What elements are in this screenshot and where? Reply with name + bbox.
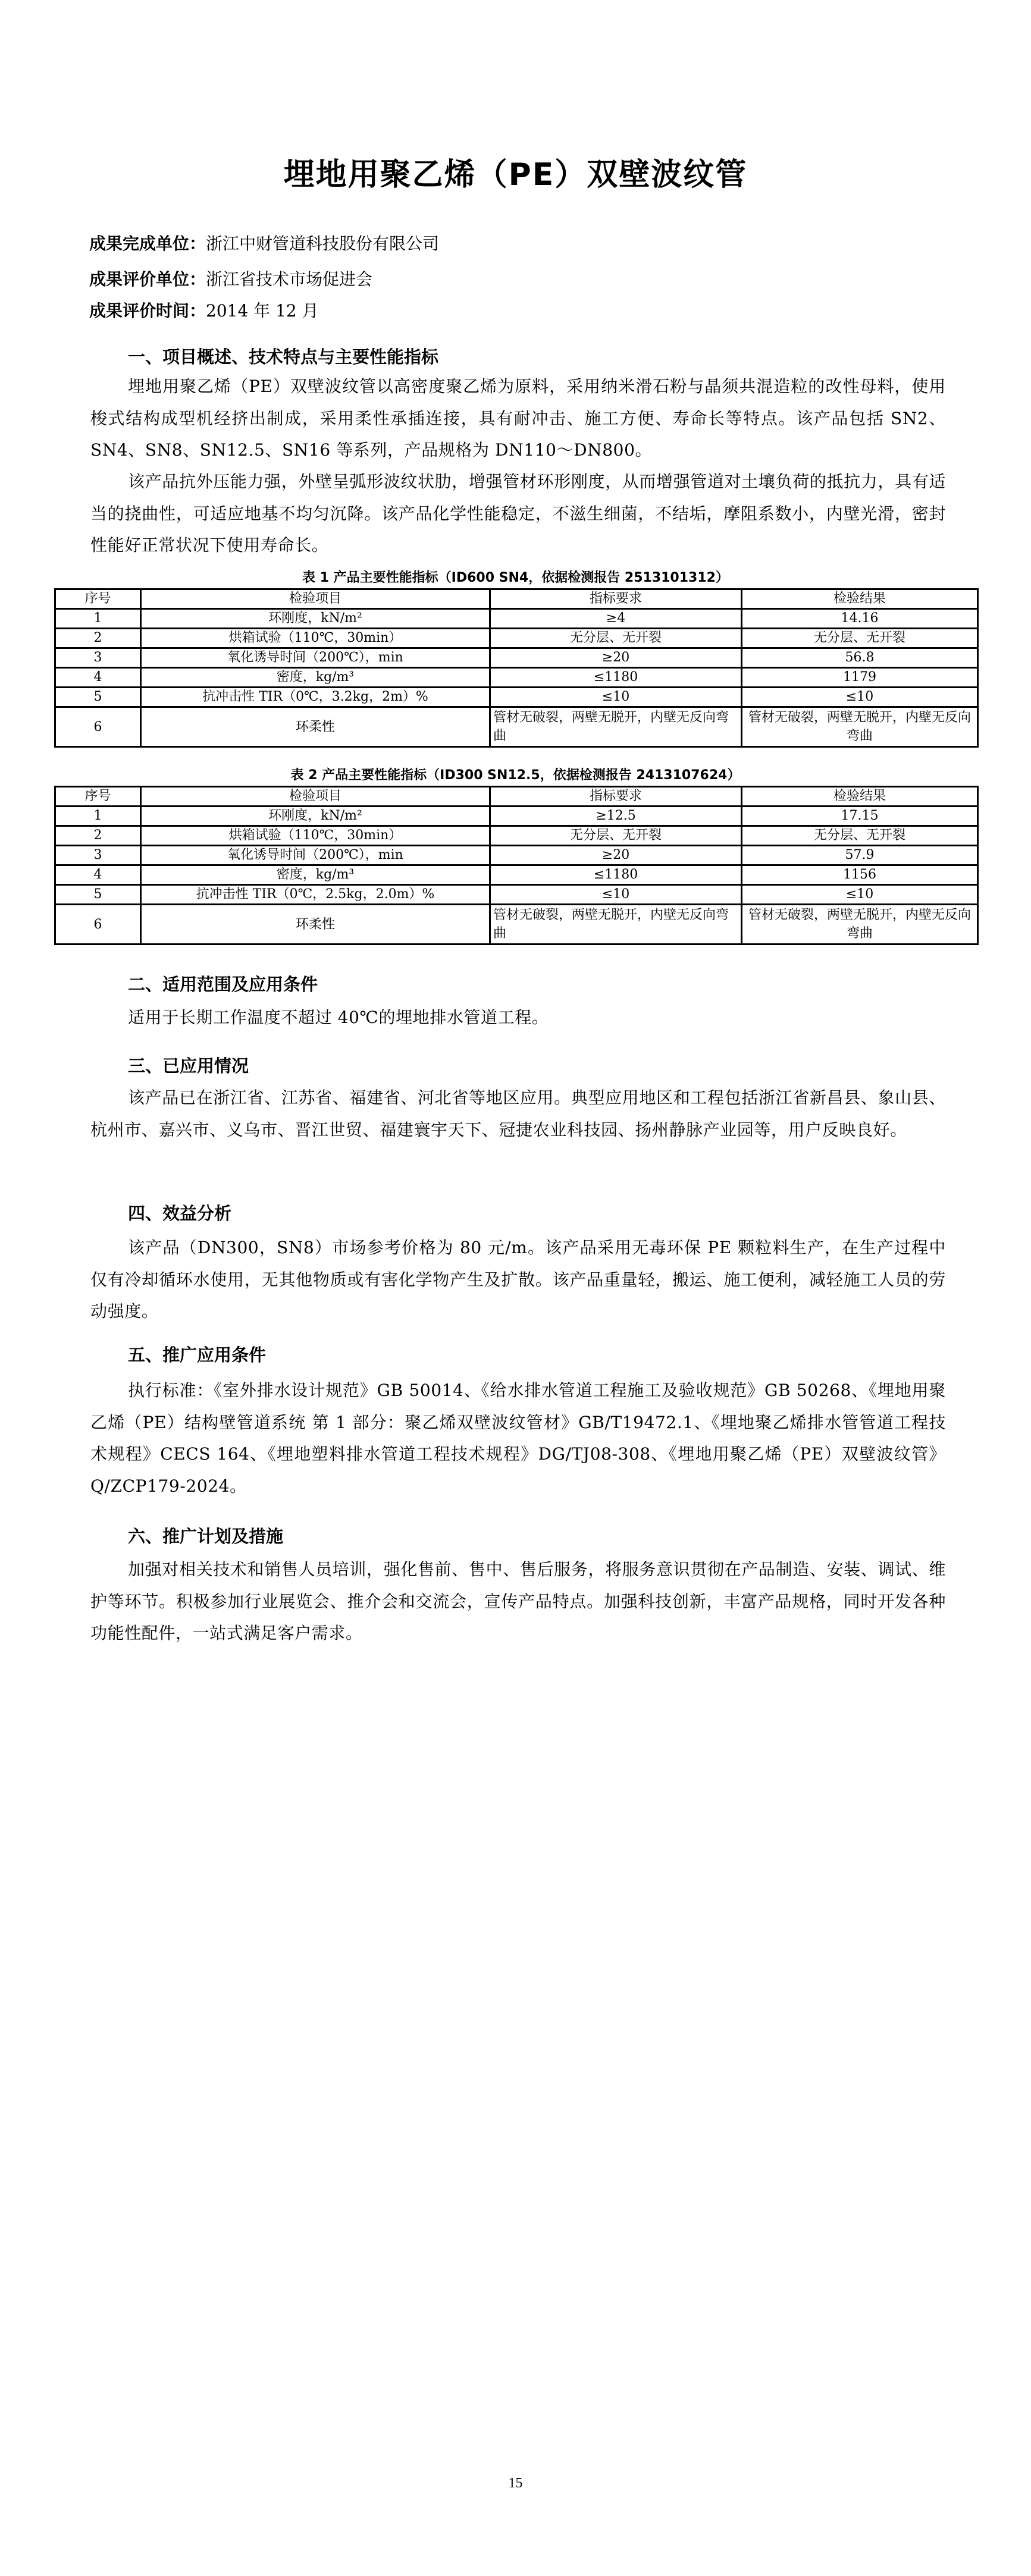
header-cell: 检验结果 [742, 589, 978, 609]
cell-no: 3 [55, 648, 141, 668]
cell-requirement: ≤1180 [490, 865, 742, 885]
table-1: 序号 检验项目 指标要求 检验结果 1 环刚度，kN/m² ≥4 14.16 2… [54, 588, 979, 748]
page-title: 埋地用聚乙烯（PE）双壁波纹管 [0, 156, 1031, 194]
table-1-caption: 表 1 产品主要性能指标（ID600 SN4，依据检测报告 2513101312… [0, 570, 1031, 586]
cell-item: 环刚度，kN/m² [141, 609, 490, 629]
cell-result: ≤10 [742, 688, 978, 707]
section-heading-1: 一、项目概述、技术特点与主要性能指标 [128, 345, 438, 369]
cell-requirement: ≤1180 [490, 668, 742, 688]
table-header-row: 序号 检验项目 指标要求 检验结果 [55, 787, 978, 807]
cell-requirement: 无分层、无开裂 [490, 629, 742, 648]
section-heading-2: 二、适用范围及应用条件 [128, 972, 318, 996]
meta-label: 成果评价时间： [89, 301, 206, 321]
cell-requirement: 管材无破裂，两壁无脱开，内壁无反向弯曲 [490, 707, 742, 747]
cell-requirement: ≥20 [490, 648, 742, 668]
meta-value: 浙江中财管道科技股份有限公司 [206, 234, 439, 253]
section-heading-6: 六、推广计划及措施 [128, 1524, 283, 1548]
table-row: 2 烘箱试验（110℃，30min） 无分层、无开裂 无分层、无开裂 [55, 629, 978, 648]
cell-item: 环柔性 [141, 905, 490, 945]
cell-no: 4 [55, 865, 141, 885]
table-row: 5 抗冲击性 TIR（0℃，2.5kg，2.0m）% ≤10 ≤10 [55, 885, 978, 905]
table-row: 2 烘箱试验（110℃，30min） 无分层、无开裂 无分层、无开裂 [55, 826, 978, 846]
meta-evaluation-unit: 成果评价单位：浙江省技术市场促进会 [89, 269, 372, 290]
cell-item: 环柔性 [141, 707, 490, 747]
section-5-paragraph-1: 执行标准：《室外排水设计规范》GB 50014、《给水排水管道工程施工及验收规范… [90, 1375, 946, 1502]
meta-label: 成果完成单位： [89, 234, 206, 253]
cell-no: 2 [55, 826, 141, 846]
cell-item: 密度，kg/m³ [141, 865, 490, 885]
section-heading-4: 四、效益分析 [128, 1201, 231, 1225]
cell-result: 管材无破裂，两壁无脱开，内壁无反向弯曲 [742, 905, 978, 945]
cell-item: 氧化诱导时间（200℃），min [141, 846, 490, 865]
table-row: 5 抗冲击性 TIR（0℃，3.2kg，2m）% ≤10 ≤10 [55, 688, 978, 707]
section-4-paragraph-1: 该产品（DN300，SN8）市场参考价格为 80 元/m。该产品采用无毒环保 P… [90, 1232, 946, 1328]
section-heading-3: 三、已应用情况 [128, 1054, 249, 1078]
cell-no: 1 [55, 807, 141, 826]
table-row: 6 环柔性 管材无破裂，两壁无脱开，内壁无反向弯曲 管材无破裂，两壁无脱开，内壁… [55, 905, 978, 945]
cell-item: 烘箱试验（110℃，30min） [141, 629, 490, 648]
cell-requirement: 无分层、无开裂 [490, 826, 742, 846]
table-row: 1 环刚度，kN/m² ≥12.5 17.15 [55, 807, 978, 826]
table-row: 4 密度，kg/m³ ≤1180 1156 [55, 865, 978, 885]
table-row: 6 环柔性 管材无破裂，两壁无脱开，内壁无反向弯曲 管材无破裂，两壁无脱开，内壁… [55, 707, 978, 747]
section-2-paragraph-1: 适用于长期工作温度不超过 40℃的埋地排水管道工程。 [90, 1002, 946, 1034]
meta-evaluation-time: 成果评价时间：2014 年 12 月 [89, 300, 319, 322]
table-2: 序号 检验项目 指标要求 检验结果 1 环刚度，kN/m² ≥12.5 17.1… [54, 786, 979, 945]
table-row: 4 密度，kg/m³ ≤1180 1179 [55, 668, 978, 688]
cell-no: 2 [55, 629, 141, 648]
cell-result: 无分层、无开裂 [742, 629, 978, 648]
meta-value: 2014 年 12 月 [206, 301, 319, 321]
cell-result: 管材无破裂，两壁无脱开，内壁无反向弯曲 [742, 707, 978, 747]
section-3-paragraph-1: 该产品已在浙江省、江苏省、福建省、河北省等地区应用。典型应用地区和工程包括浙江省… [90, 1082, 946, 1146]
header-cell: 序号 [55, 589, 141, 609]
cell-requirement: 管材无破裂，两壁无脱开，内壁无反向弯曲 [490, 905, 742, 945]
cell-no: 5 [55, 688, 141, 707]
cell-result: ≤10 [742, 885, 978, 905]
cell-result: 1156 [742, 865, 978, 885]
header-cell: 序号 [55, 787, 141, 807]
cell-result: 57.9 [742, 846, 978, 865]
header-cell: 检验项目 [141, 787, 490, 807]
cell-requirement: ≤10 [490, 688, 742, 707]
table-row: 3 氧化诱导时间（200℃），min ≥20 56.8 [55, 648, 978, 668]
cell-requirement: ≥20 [490, 846, 742, 865]
cell-item: 氧化诱导时间（200℃），min [141, 648, 490, 668]
section-heading-5: 五、推广应用条件 [128, 1343, 266, 1367]
cell-no: 6 [55, 707, 141, 747]
cell-requirement: ≤10 [490, 885, 742, 905]
section-1-paragraph-2: 该产品抗外压能力强，外壁呈弧形波纹状肋，增强管材环形刚度，从而增强管道对土壤负荷… [90, 466, 946, 561]
table-header-row: 序号 检验项目 指标要求 检验结果 [55, 589, 978, 609]
page-number: 15 [0, 2475, 1031, 2492]
cell-no: 6 [55, 905, 141, 945]
header-cell: 指标要求 [490, 787, 742, 807]
section-1-paragraph-1: 埋地用聚乙烯（PE）双壁波纹管以高密度聚乙烯为原料，采用纳米滑石粉与晶须共混造粒… [90, 371, 946, 466]
cell-result: 17.15 [742, 807, 978, 826]
header-cell: 指标要求 [490, 589, 742, 609]
cell-result: 1179 [742, 668, 978, 688]
meta-completion-unit: 成果完成单位：浙江中财管道科技股份有限公司 [89, 233, 439, 255]
meta-label: 成果评价单位： [89, 269, 206, 289]
cell-result: 14.16 [742, 609, 978, 629]
cell-no: 3 [55, 846, 141, 865]
cell-item: 环刚度，kN/m² [141, 807, 490, 826]
cell-no: 5 [55, 885, 141, 905]
cell-no: 4 [55, 668, 141, 688]
cell-no: 1 [55, 609, 141, 629]
table-row: 1 环刚度，kN/m² ≥4 14.16 [55, 609, 978, 629]
meta-value: 浙江省技术市场促进会 [206, 269, 372, 289]
cell-result: 56.8 [742, 648, 978, 668]
cell-requirement: ≥12.5 [490, 807, 742, 826]
cell-item: 抗冲击性 TIR（0℃，3.2kg，2m）% [141, 688, 490, 707]
cell-result: 无分层、无开裂 [742, 826, 978, 846]
cell-item: 烘箱试验（110℃，30min） [141, 826, 490, 846]
header-cell: 检验结果 [742, 787, 978, 807]
header-cell: 检验项目 [141, 589, 490, 609]
table-2-caption: 表 2 产品主要性能指标（ID300 SN12.5，依据检测报告 2413107… [0, 767, 1031, 784]
cell-item: 抗冲击性 TIR（0℃，2.5kg，2.0m）% [141, 885, 490, 905]
section-6-paragraph-1: 加强对相关技术和销售人员培训，强化售前、售中、售后服务，将服务意识贯彻在产品制造… [90, 1554, 946, 1649]
cell-requirement: ≥4 [490, 609, 742, 629]
cell-item: 密度，kg/m³ [141, 668, 490, 688]
table-row: 3 氧化诱导时间（200℃），min ≥20 57.9 [55, 846, 978, 865]
